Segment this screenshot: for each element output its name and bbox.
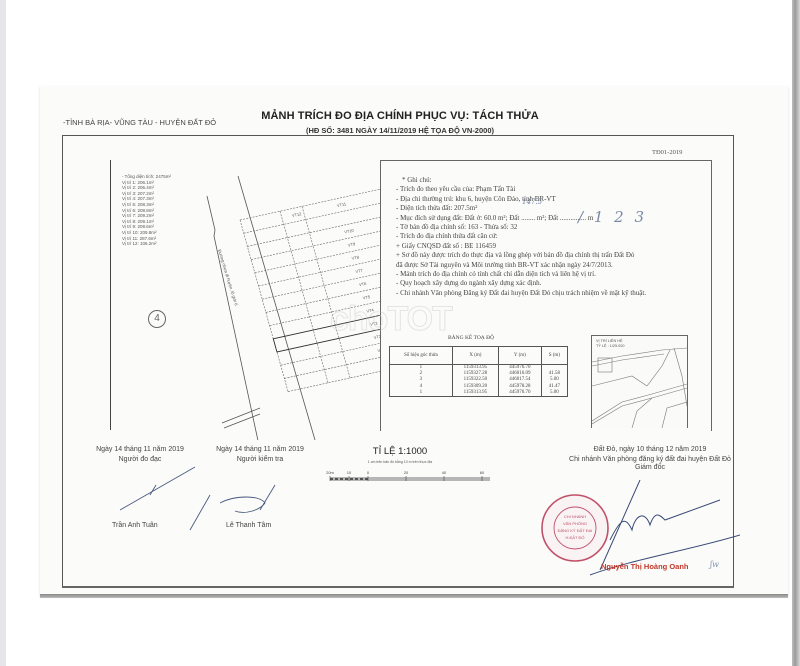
scale-bar: 20m100204060 (322, 468, 492, 482)
watermark: choTOT (330, 300, 452, 339)
svg-text:10: 10 (347, 470, 352, 475)
photo-right-edge (792, 0, 800, 666)
province-label: -TỈNH BÀ RỊA- VŨNG TÀU - HUYỆN ĐẤT ĐỎ (63, 118, 216, 127)
handwritten-signatures (60, 455, 320, 535)
svg-text:H.ĐẤT ĐỎ: H.ĐẤT ĐỎ (565, 535, 584, 540)
note-line: - Mảnh trích đo địa chính có tính chất c… (396, 270, 716, 279)
notes-heading: * Ghi chú: (402, 176, 716, 185)
director-date: Đất Đỏ, ngày 10 tháng 12 năm 2019 (540, 446, 760, 453)
svg-text:VT10: VT10 (344, 227, 355, 234)
svg-text:40: 40 (442, 470, 447, 475)
handwritten-parcel-number: / 1 2 3 (578, 208, 647, 226)
inset-title: VỊ TRÍ LIÊN HỆ (596, 339, 625, 344)
coordinates-header: S (m) (541, 347, 567, 365)
svg-text:VT8: VT8 (351, 254, 360, 261)
note-line: - Quy hoạch xây dựng do ngành xây dựng x… (396, 279, 716, 288)
note-line: - Mục đích sử dụng đất: Đất ở: 60.0 m²; … (396, 214, 716, 223)
photo-left-edge (0, 0, 6, 666)
table-cell (541, 365, 567, 372)
coordinates-header: Y (m) (499, 347, 542, 365)
svg-text:VĂN PHÒNG: VĂN PHÒNG (563, 521, 587, 526)
director-name: Nguyễn Thị Hoàng Oanh (601, 562, 689, 571)
scale-title: TỈ LỆ 1:1000 (300, 446, 500, 457)
table-row: 11159313.95445976.70 (390, 365, 568, 372)
table-row: 11159313.95445976.705.00 (390, 390, 568, 397)
svg-text:0: 0 (367, 470, 370, 475)
coordinates-title: BẢNG KÊ TOẠ ĐỘ (448, 335, 494, 341)
note-line: + Giấy CNQSD đất số : BE 116459 (396, 242, 716, 251)
svg-text:VT6: VT6 (359, 281, 368, 288)
svg-text:VT1: VT1 (377, 347, 380, 354)
note-line: đã được Sở Tài nguyên và Môi trường tỉnh… (396, 261, 716, 270)
coordinates-header: Số hiệu góc thửa (390, 347, 453, 365)
note-line: - Trích đo theo yêu cầu của: Phạm Tấn Tà… (396, 185, 716, 194)
table-cell: 5.00 (541, 390, 567, 397)
scale-note: 1 cm trên bản đồ bằng 10 m trên thực địa (300, 460, 500, 464)
inset-label: VỊ TRÍ LIÊN HỆ TỶ LỆ : 1/25.000 (596, 339, 625, 348)
svg-text:ĐĂNG KÝ ĐẤT ĐAI: ĐĂNG KÝ ĐẤT ĐAI (558, 528, 593, 533)
director-role: Giám đốc (540, 464, 760, 471)
note-line: - Chi nhánh Văn phòng Đăng ký Đất đai hu… (396, 289, 716, 298)
note-line: - Địa chỉ thường trú: khu 6, huyện Côn Đ… (396, 195, 716, 204)
svg-text:VT7: VT7 (355, 268, 364, 275)
table-cell: 1 (390, 365, 453, 372)
table-cell: 1159313.95 (452, 365, 498, 372)
surveyor-date: Ngày 14 tháng 11 năm 2019 (80, 446, 200, 453)
notes: * Ghi chú: - Trích đo theo yêu cầu của: … (396, 176, 716, 298)
notes-lines: - Trích đo theo yêu cầu của: Phạm Tấn Tà… (396, 185, 716, 298)
note-line: - Trích đo địa chính thửa đất căn cứ: (396, 232, 716, 241)
document-subtitle: (HĐ SỐ: 3481 NGÀY 14/11/2019 HỆ TỌA ĐỘ V… (0, 126, 800, 135)
svg-text:CHI NHÁNH: CHI NHÁNH (564, 514, 586, 519)
table-cell: 1159313.95 (452, 390, 498, 397)
note-line: + Sơ đồ này được trích đo thực địa và lồ… (396, 251, 716, 260)
svg-text:VT9: VT9 (347, 241, 356, 248)
svg-text:60: 60 (480, 470, 485, 475)
coordinates-table: Số hiệu góc thửaX (m)Y (m)S (m) 11159313… (389, 346, 568, 397)
parcel-number-circle: 4 (148, 310, 166, 328)
inset-scale: TỶ LỆ : 1/25.000 (596, 344, 625, 349)
svg-text:20m: 20m (326, 470, 334, 475)
svg-text:VT12: VT12 (291, 211, 302, 218)
sheet-shadow (40, 594, 788, 598)
coordinates-header: X (m) (452, 347, 498, 365)
initials: ʃw (710, 560, 719, 569)
inset-roads (592, 336, 687, 428)
note-line: - Tờ bản đồ địa chính số: 163 - Thửa số:… (396, 223, 716, 232)
director-org: Chi nhánh Văn phòng đăng ký đất đai huyệ… (540, 456, 760, 463)
form-code: TĐ01-2019 (652, 149, 682, 156)
svg-text:VT11: VT11 (336, 201, 347, 208)
table-cell: 1 (390, 390, 453, 397)
handwritten-land-area: 147.5 (522, 198, 542, 206)
inset-location-map: VỊ TRÍ LIÊN HỆ TỶ LỆ : 1/25.000 (591, 335, 688, 428)
table-cell: 445976.70 (499, 365, 542, 372)
road-label: Đường nhựa đi huyện, lộ giới 6 (217, 249, 239, 307)
table-cell: 445976.70 (499, 390, 542, 397)
svg-text:20: 20 (404, 470, 409, 475)
note-line: - Diện tích thửa đất: 207.5m² (396, 204, 716, 213)
director-signature: Đất Đỏ, ngày 10 tháng 12 năm 2019 Chi nh… (540, 446, 760, 471)
